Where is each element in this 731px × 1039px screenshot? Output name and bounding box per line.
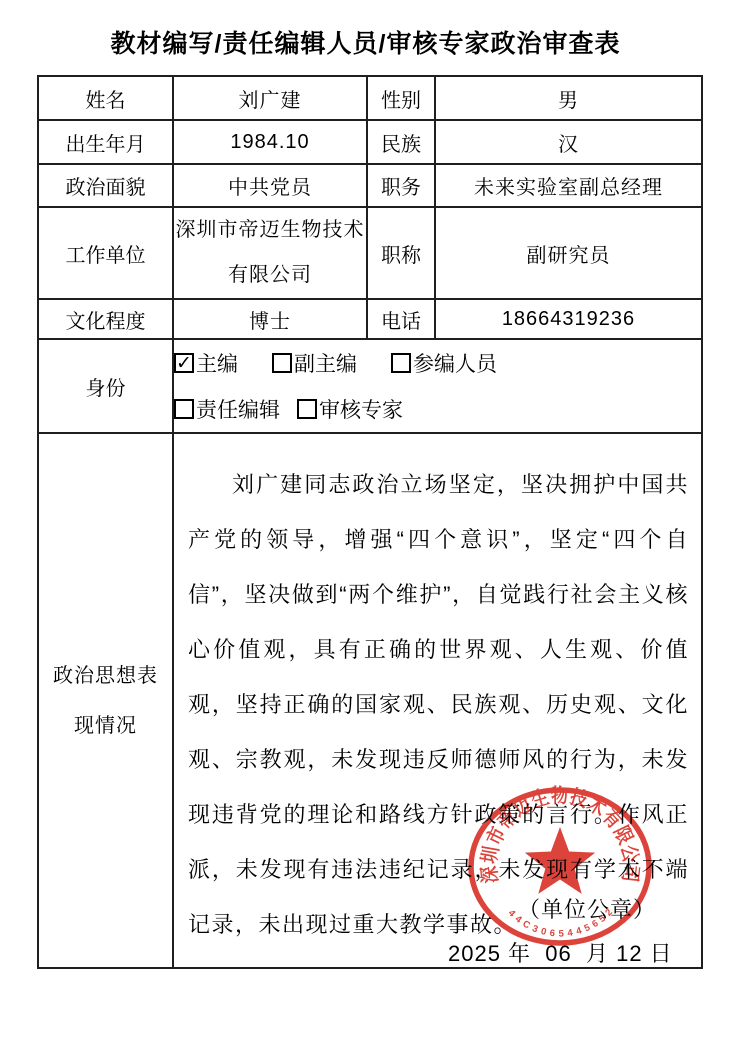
employer-label: 工作单位 [38,207,173,299]
row-identity: 身份 ✓ 主编 副主编 参编人员 [38,339,702,433]
checkbox-review-expert[interactable]: 审核专家 [297,394,403,424]
review-label: 政治思想表现情况 [53,651,159,751]
checkbox-empty-icon[interactable] [297,399,317,419]
checkbox-checked-icon[interactable]: ✓ [174,353,194,373]
checkbox-label: 审核专家 [319,394,403,424]
review-content-cell: 刘广建同志政治立场坚定，坚决拥护中国共产党的领导，增强“四个意识”，坚定“四个自… [173,433,702,968]
row-education-phone: 文化程度 博士 电话 18664319236 [38,299,702,339]
ethnicity-value: 汉 [435,120,702,164]
job-title-value: 副研究员 [435,207,702,299]
row-party-position: 政治面貌 中共党员 职务 未来实验室副总经理 [38,164,702,207]
checkbox-label: 参编人员 [413,348,497,378]
page-title: 教材编写/责任编辑人员/审核专家政治审查表 [0,24,731,60]
phone-label: 电话 [367,299,435,339]
date: 2025 年 06 月 12 日 [448,937,673,968]
checkbox-label: 责任编辑 [196,394,280,424]
employer-value: 深圳市帝迈生物技术有限公司 [173,207,367,299]
gender-label: 性别 [367,76,435,120]
job-title-label: 职称 [367,207,435,299]
checkbox-deputy-editor[interactable]: 副主编 [272,348,357,378]
seal-caption: （单位公章） [518,893,656,924]
checkbox-label: 主编 [196,348,238,378]
birthdate-label: 出生年月 [38,120,173,164]
checkbox-label: 副主编 [294,348,357,378]
identity-options-line2: 责任编辑 审核专家 [174,386,701,432]
position-value: 未来实验室副总经理 [435,164,702,207]
checkbox-responsible-editor[interactable]: 责任编辑 [174,394,280,424]
ethnicity-label: 民族 [367,120,435,164]
political-status-value: 中共党员 [173,164,367,207]
row-birth-ethnic: 出生年月 1984.10 民族 汉 [38,120,702,164]
identity-options-line1: ✓ 主编 副主编 参编人员 [174,340,701,386]
phone-value: 18664319236 [435,299,702,339]
birthdate-value: 1984.10 [173,120,367,164]
education-label: 文化程度 [38,299,173,339]
checkbox-chief-editor[interactable]: ✓ 主编 [174,348,238,378]
checkbox-empty-icon[interactable] [391,353,411,373]
education-value: 博士 [173,299,367,339]
identity-label: 身份 [38,339,173,433]
checkbox-empty-icon[interactable] [272,353,292,373]
political-status-label: 政治面貌 [38,164,173,207]
position-label: 职务 [367,164,435,207]
row-name-gender: 姓名 刘广建 性别 男 [38,76,702,120]
checkbox-contributor[interactable]: 参编人员 [391,348,497,378]
review-text: 刘广建同志政治立场坚定，坚决拥护中国共产党的领导，增强“四个意识”，坚定“四个自… [174,450,701,952]
row-employer-title: 工作单位 深圳市帝迈生物技术有限公司 职称 副研究员 [38,207,702,299]
name-label: 姓名 [38,76,173,120]
identity-options-cell: ✓ 主编 副主编 参编人员 [173,339,702,433]
review-label-cell: 政治思想表现情况 [38,433,173,968]
review-form-table: 姓名 刘广建 性别 男 出生年月 1984.10 民族 汉 政治面貌 中共党员 … [37,75,703,969]
row-political-review: 政治思想表现情况 刘广建同志政治立场坚定，坚决拥护中国共产党的领导，增强“四个意… [38,433,702,968]
gender-value: 男 [435,76,702,120]
political-review-form: 教材编写/责任编辑人员/审核专家政治审查表 姓名 刘广建 性别 男 出生年月 1… [0,0,731,1039]
checkbox-empty-icon[interactable] [174,399,194,419]
name-value: 刘广建 [173,76,367,120]
